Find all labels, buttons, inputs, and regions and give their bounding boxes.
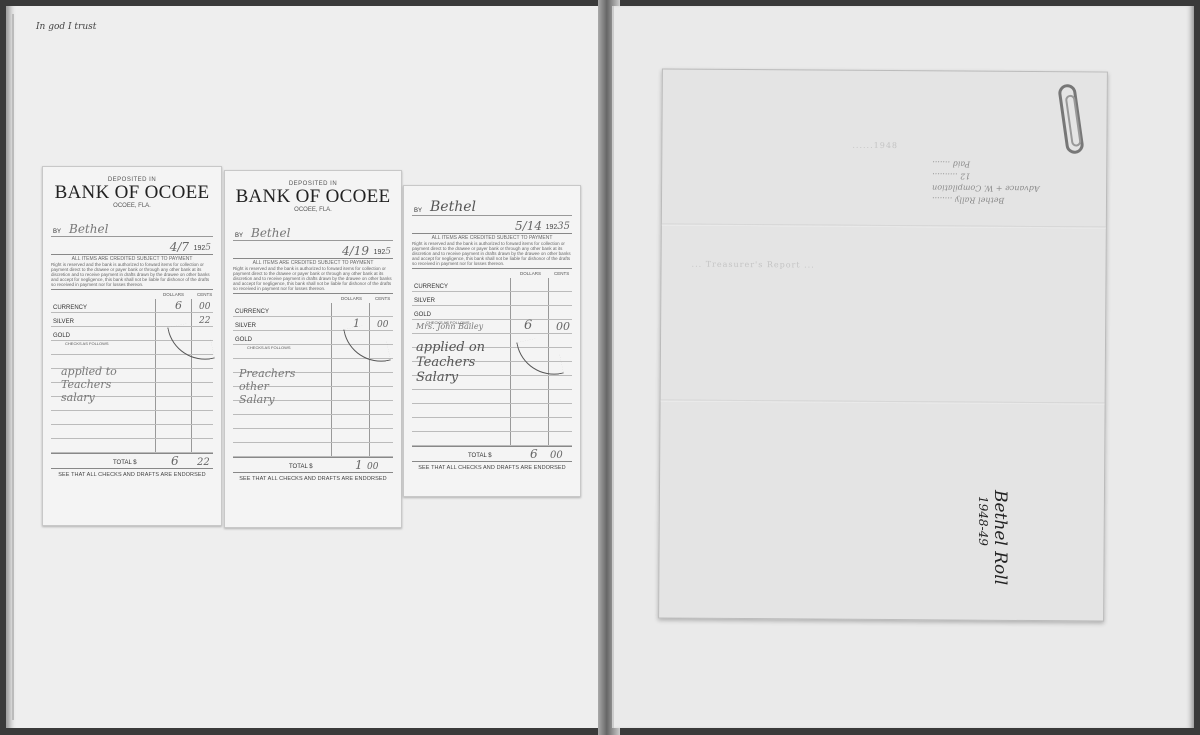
column-headers: DOLLARS CENTS — [412, 269, 572, 278]
column-headers: DOLLARS CENTS — [233, 294, 393, 303]
label-title: Bethel Roll — [990, 490, 1010, 585]
handwritten-note: In god I trust — [36, 22, 96, 32]
column-headers: DOLLARS CENTS — [51, 290, 213, 299]
depositor-name: Bethel — [430, 199, 476, 215]
memo-note: applied on Teachers Salary — [416, 340, 485, 385]
currency-row: CURRENCY — [412, 278, 572, 292]
deposit-slip-2: DEPOSITED IN BANK OF OCOEE OCOEE, FLA. B… — [224, 170, 402, 528]
currency-row: CURRENCY — [233, 303, 393, 317]
label-years: 1948-49 — [976, 496, 990, 585]
bank-city: OCOEE, FLA. — [225, 207, 401, 213]
deposit-slip-1: DEPOSITED IN BANK OF OCOEE OCOEE, FLA. B… — [42, 166, 222, 526]
endorse-footer: SEE THAT ALL CHECKS AND DRAFTS ARE ENDOR… — [43, 472, 221, 478]
total-row: TOTAL $ 1 00 — [233, 457, 393, 473]
total-row: TOTAL $ 6 00 — [412, 446, 572, 462]
endorse-footer: SEE THAT ALL CHECKS AND DRAFTS ARE ENDOR… — [225, 476, 401, 482]
faint-text-mid: ... Treasurer's Report ... — [692, 260, 815, 270]
date-line: 4/7 1925 — [51, 237, 213, 255]
deposit-date: 4/19 — [342, 244, 369, 258]
bank-name: BANK OF OCOEE — [225, 187, 401, 207]
folded-document: ......1948 ... Treasurer's Report ... Be… — [658, 68, 1108, 621]
deposit-year: 1925 — [374, 247, 391, 257]
deposit-date: 5/14 — [515, 219, 542, 233]
amount-grid: CURRENCY SILVER GOLDCHECKS AS FOLLOWS Mr… — [412, 278, 572, 446]
fine-print: ALL ITEMS ARE CREDITED SUBJECT TO PAYMEN… — [233, 261, 393, 294]
deposit-slip-3: BY Bethel 5/14 19235 ALL ITEMS ARE CREDI… — [403, 185, 581, 497]
depositor-name: Bethel — [251, 226, 290, 240]
document-label: Bethel Roll 1948-49 — [976, 490, 1010, 585]
date-line: 5/14 19235 — [412, 216, 572, 234]
memo-note: Preachers other Salary — [239, 367, 295, 406]
amount-grid: CURRENCY SILVER100 GOLDCHECKS AS FOLLOWS… — [233, 303, 393, 457]
currency-row: CURRENCY600 — [51, 299, 213, 313]
silver-row: SILVER — [412, 292, 572, 306]
gold-row: GOLDCHECKS AS FOLLOWS — [412, 306, 572, 320]
by-line: BY Bethel — [412, 200, 572, 216]
by-line: BY Bethel — [51, 221, 213, 237]
reversed-handwriting: Bethel Rally ........ Advance + W. Compi… — [932, 157, 1082, 206]
deposit-year: 19235 — [546, 221, 570, 232]
faint-text-top: ......1948 — [852, 141, 898, 150]
fine-print: ALL ITEMS ARE CREDITED SUBJECT TO PAYMEN… — [51, 257, 213, 290]
depositor-name: Bethel — [69, 222, 108, 236]
check-row: Mrs. John Bailey600 — [412, 320, 572, 334]
date-line: 4/19 1925 — [233, 241, 393, 259]
memo-note: applied to Teachers salary — [61, 365, 117, 404]
bank-name: BANK OF OCOEE — [43, 183, 221, 203]
by-label: BY — [414, 208, 422, 214]
by-label: BY — [53, 229, 61, 235]
by-label: BY — [235, 233, 243, 239]
by-line: BY Bethel — [233, 225, 393, 241]
bank-city: OCOEE, FLA. — [43, 203, 221, 209]
amount-grid: CURRENCY600 SILVER22 GOLDCHECKS AS FOLLO… — [51, 299, 213, 453]
total-row: TOTAL $ 6 22 — [51, 453, 213, 469]
endorse-footer: SEE THAT ALL CHECKS AND DRAFTS ARE ENDOR… — [404, 465, 580, 471]
scrapbook-spread: In god I trust DEPOSITED IN BANK OF OCOE… — [0, 0, 1200, 735]
fine-print: ALL ITEMS ARE CREDITED SUBJECT TO PAYMEN… — [412, 236, 572, 269]
deposit-date: 4/7 — [170, 240, 189, 254]
deposit-year: 1925 — [194, 243, 211, 253]
